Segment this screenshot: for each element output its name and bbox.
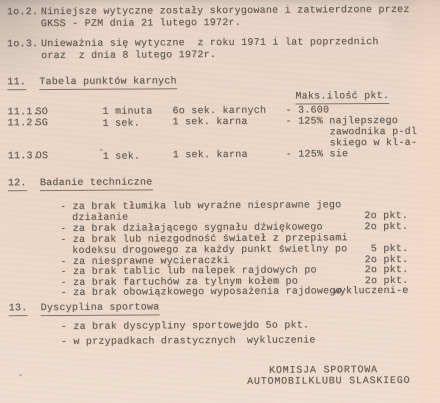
table-row-penalty: 6o sek. karnych bbox=[172, 106, 266, 118]
section-11-title: Tabela punktów karnych bbox=[39, 76, 177, 90]
table-row-penalty: 1 sek. karna bbox=[172, 117, 247, 128]
paper-speck bbox=[19, 374, 22, 376]
table-row-time: 1 minuta bbox=[102, 106, 152, 117]
list-item-points: do 5o pkt. bbox=[247, 320, 310, 331]
list-item-text-wrap: działanie bbox=[72, 213, 128, 224]
clause-10-2-line-1: Niniejsze wytyczne zostały skorygowane i… bbox=[41, 5, 410, 18]
list-item-points: 2o pkt. bbox=[330, 222, 408, 233]
scanned-document-page: 1o.2. Niniejsze wytyczne zostały skorygo… bbox=[0, 0, 440, 403]
clause-10-2-number: 1o.2. bbox=[7, 7, 38, 18]
list-item-text: - za brak obowiązkowego wyposażenia rajd… bbox=[61, 286, 342, 299]
clause-10-3-line-1: Unieważnia się wytyczne z roku 1971 i la… bbox=[41, 37, 379, 50]
typewritten-text-layer: 1o.2. Niniejsze wytyczne zostały skorygo… bbox=[0, 0, 440, 403]
table-row-code: OS bbox=[36, 151, 49, 162]
list-item-points: wykluczeni-e bbox=[331, 286, 409, 297]
table-row-id: 11.3. bbox=[8, 151, 39, 162]
table-row-code: SO bbox=[35, 107, 48, 118]
list-item-points: 2o pkt. bbox=[330, 265, 408, 276]
table-row-time: 1 sek. bbox=[103, 151, 141, 162]
list-item-points: wykluczenie bbox=[247, 335, 316, 346]
table-row-code: SG bbox=[35, 118, 48, 129]
clause-10-2-line-2: GKSS - PZM dnia 21 lutego 1972r. bbox=[41, 18, 241, 30]
table-row-id: 11.1. bbox=[7, 107, 38, 118]
clause-10-3-number: 1o.3. bbox=[7, 39, 38, 50]
list-item-points: 2o pkt. bbox=[330, 211, 408, 222]
table-row-max-points: - 125% sie bbox=[286, 149, 349, 160]
clause-10-3-line-2: oraz z dnia 8 lutego 1972r. bbox=[41, 50, 216, 62]
list-item-points: 5 pkt. bbox=[330, 244, 408, 255]
paper-speck bbox=[100, 149, 103, 151]
table-row-max-points-wrap-1: zawodnika p-dl bbox=[330, 127, 418, 139]
list-item-text-wrap: kodeksu drogowego za każdy punkt świetln… bbox=[72, 244, 347, 257]
section-12-title: Badanie techniczne bbox=[40, 177, 153, 191]
section-13-title: Dyscyplina sportowa bbox=[41, 302, 160, 316]
section-11-column-header: Maks.ilość pkt. bbox=[295, 91, 389, 105]
signature-line-2: AUTOMOBILKLUBU SLASKIEGO bbox=[247, 376, 410, 388]
section-12-number: 12. bbox=[8, 178, 27, 191]
section-13-number: 13. bbox=[9, 303, 28, 316]
table-row-id: 11.2. bbox=[7, 118, 38, 129]
table-row-max-points: - 125% najlepszego bbox=[285, 116, 398, 128]
table-row-penalty: 1 sek. karna bbox=[173, 150, 248, 161]
list-item-text: - w przypadkach drastycznych bbox=[61, 336, 236, 348]
list-item-text: - za brak tłumika lub wyraźne niesprawne… bbox=[60, 200, 341, 213]
table-row-max-points: - 3.600 bbox=[285, 105, 329, 116]
signature-line-1: KOMISJA SPORTOWA bbox=[269, 365, 378, 377]
table-row-max-points-wrap-2: skiego w kl-a- bbox=[330, 138, 418, 150]
table-row-time: 1 sek. bbox=[102, 118, 140, 129]
section-11-number: 11. bbox=[7, 77, 26, 90]
list-item-text: - za brak dyscypliny sportowej bbox=[61, 321, 249, 333]
